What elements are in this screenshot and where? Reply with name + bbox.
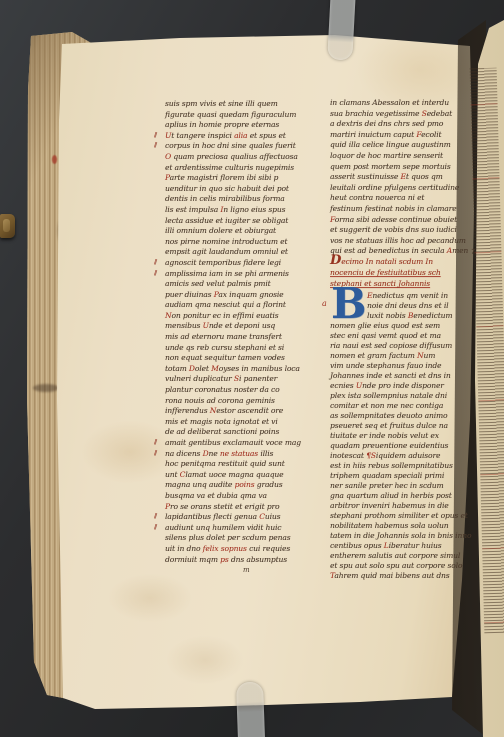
text-column-left: suis spm vivis et sine illi quemfigurate… [165, 99, 295, 565]
leaf-edge-smudge [33, 384, 59, 392]
manuscript-photo: suis spm vivis et sine illi quemfigurate… [0, 0, 504, 737]
restraint-strap-bottom [236, 682, 265, 737]
leaf-edge-red-mark [52, 155, 57, 164]
text-column-right-upper: in clamans Abessalon et interdusua brach… [330, 98, 472, 257]
restraint-strap-top [327, 0, 356, 61]
brass-clasp [0, 214, 15, 238]
guide-letter: a [322, 299, 327, 308]
interlinear-correction: m [243, 566, 250, 574]
text-column-right-lower: Enedictus qm venit innoie dni deus dns e… [330, 291, 472, 581]
